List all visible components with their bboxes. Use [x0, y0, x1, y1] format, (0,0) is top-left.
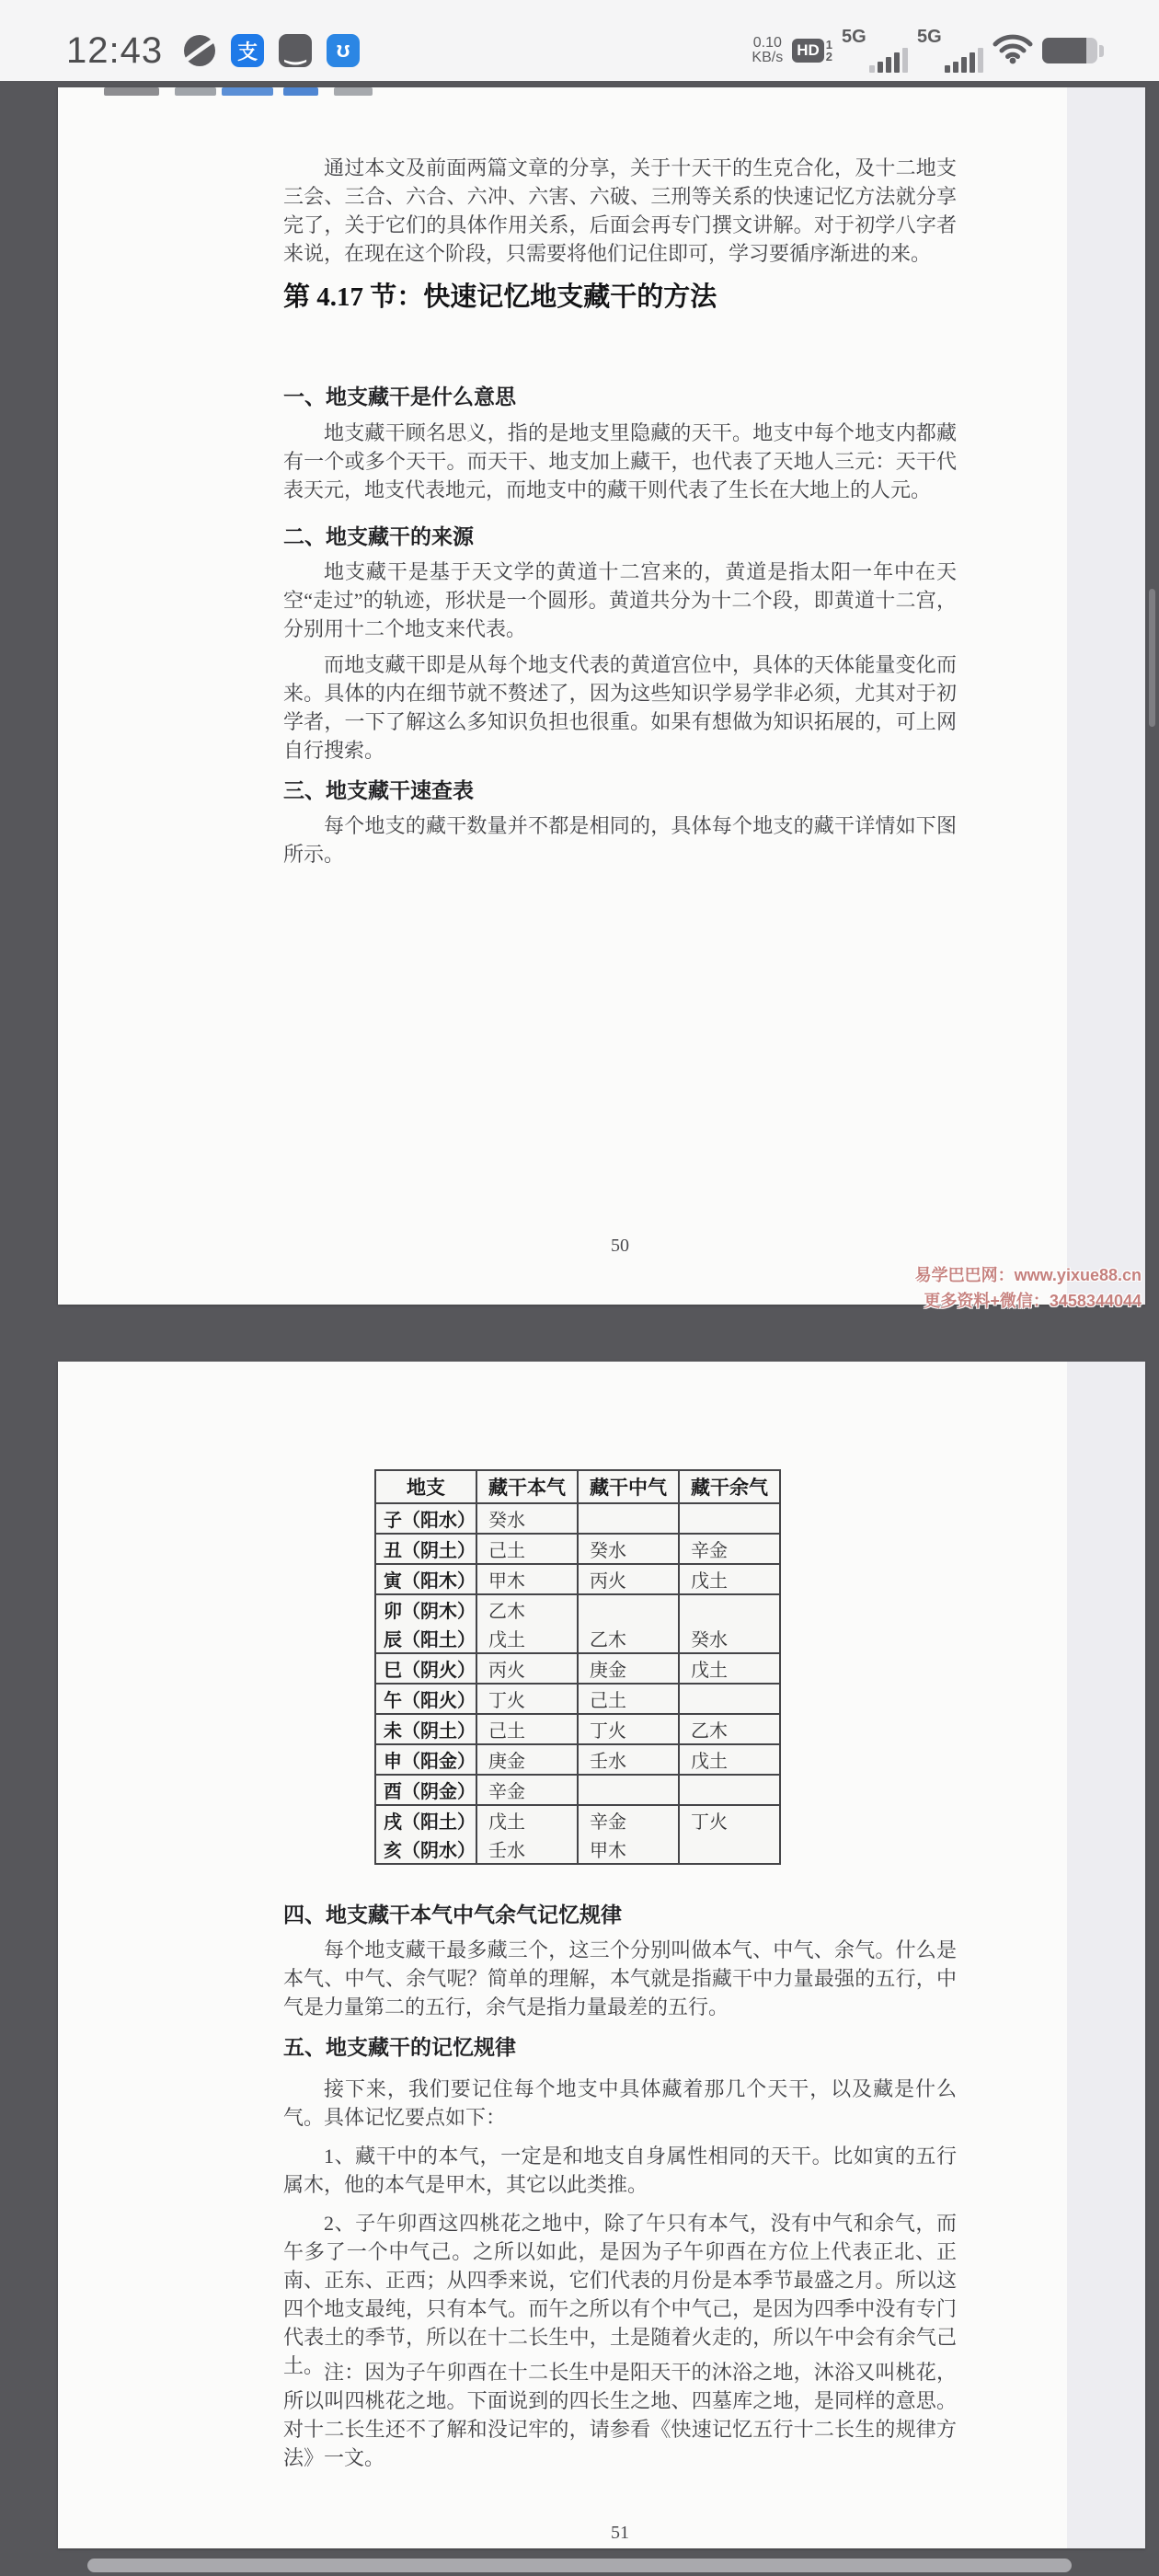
column-header: 藏干本气: [476, 1470, 578, 1503]
intro-paragraph: 通过本文及前面两篇文章的分享，关于十天干的生克合化，及十二地支三会、三合、六合、…: [283, 154, 957, 268]
section-2-heading: 二、地支藏干的来源: [283, 520, 982, 550]
highlight-fragment: [104, 87, 159, 96]
table-row: 亥（阴水）壬水甲木: [375, 1834, 780, 1864]
stem-cell: [679, 1775, 780, 1805]
table-row: 酉（阴金）辛金: [375, 1775, 780, 1805]
stem-cell: 庚金: [476, 1744, 578, 1775]
highlight-fragment: [222, 87, 273, 96]
table-row: 子（阳水）癸水: [375, 1503, 780, 1534]
stem-cell: 乙木: [578, 1624, 679, 1653]
status-bar: 12:43 支 ‿ ʊ 0.10 KB/s HD 1 2 5G: [0, 0, 1159, 81]
stem-cell: 乙木: [679, 1714, 780, 1744]
table-header-row: 地支 藏干本气 藏干中气 藏干余气: [375, 1470, 780, 1503]
table-row: 辰（阳土）戊土乙木癸水: [375, 1624, 780, 1653]
table-row: 卯（阴木）乙木: [375, 1594, 780, 1624]
section-1-heading: 一、地支藏干是什么意思: [283, 380, 982, 410]
column-header: 藏干中气: [578, 1470, 679, 1503]
branch-cell: 戌（阳土）: [375, 1805, 476, 1834]
section-3-heading: 三、地支藏干速查表: [283, 774, 982, 804]
section-2-paragraph: 而地支藏干即是从每个地支代表的黄道宫位中，具体的天体能量变化而来。具体的内在细节…: [283, 650, 957, 765]
stem-cell: 丁火: [679, 1805, 780, 1834]
stem-cell: 辛金: [476, 1775, 578, 1805]
page-number: 51: [283, 2523, 957, 2544]
watermark-wechat: 更多资料+微信：3458344044: [755, 1288, 1142, 1314]
stem-cell: 辛金: [578, 1805, 679, 1834]
stem-cell: 己土: [578, 1684, 679, 1714]
stem-cell: [679, 1503, 780, 1534]
stem-cell: 戊土: [476, 1624, 578, 1653]
section-5-point-1: 1、藏干中的本气，一定是和地支自身属性相同的天干。比如寅的五行属木，他的本气是甲…: [283, 2142, 957, 2199]
network-speed: 0.10 KB/s: [752, 36, 783, 65]
highlight-fragment: [175, 87, 216, 96]
section-5-note: 注：因为子午卯酉在十二长生中是阳天干的沐浴之地，沐浴又叫桃花，所以叫四桃花之地。…: [283, 2358, 957, 2472]
table-row: 申（阳金）庚金壬水戊土: [375, 1744, 780, 1775]
stem-cell: [578, 1775, 679, 1805]
hidden-stems-table-body: 子（阳水）癸水丑（阴土）己土癸水辛金寅（阳木）甲木丙火戊土卯（阴木）乙木辰（阳土…: [375, 1503, 780, 1864]
stem-cell: 戊土: [476, 1805, 578, 1834]
stem-cell: 丁火: [578, 1714, 679, 1744]
scan-edge-tint: [1067, 87, 1145, 1305]
stem-cell: 丙火: [578, 1564, 679, 1594]
stem-cell: [679, 1834, 780, 1864]
stem-cell: 甲木: [476, 1564, 578, 1594]
column-header: 藏干余气: [679, 1470, 780, 1503]
stem-cell: 甲木: [578, 1834, 679, 1864]
smile-app-icon: ‿: [279, 34, 312, 67]
stem-cell: [578, 1594, 679, 1624]
clock: 12:43: [66, 30, 163, 72]
table-row: 丑（阴土）己土癸水辛金: [375, 1534, 780, 1564]
stem-cell: 己土: [476, 1534, 578, 1564]
wifi-icon: [993, 33, 1033, 69]
stem-cell: 辛金: [679, 1534, 780, 1564]
horizontal-scrollbar[interactable]: [87, 2559, 1072, 2572]
section-4-paragraph: 每个地支藏干最多藏三个，这三个分别叫做本气、中气、余气。什么是本气、中气、余气呢…: [283, 1936, 957, 2021]
vertical-scrollbar[interactable]: [1149, 589, 1155, 727]
stem-cell: 壬水: [476, 1834, 578, 1864]
branch-cell: 卯（阴木）: [375, 1594, 476, 1624]
stem-cell: 己土: [476, 1714, 578, 1744]
stem-cell: 戊土: [679, 1653, 780, 1684]
table-row: 寅（阳木）甲木丙火戊土: [375, 1564, 780, 1594]
battery-icon: [1042, 38, 1104, 63]
stem-cell: 癸水: [578, 1534, 679, 1564]
status-indicators: 0.10 KB/s HD 1 2 5G 5G: [752, 27, 1104, 75]
stem-cell: 壬水: [578, 1744, 679, 1775]
stem-cell: 庚金: [578, 1653, 679, 1684]
hidden-stems-table: 地支 藏干本气 藏干中气 藏干余气 子（阳水）癸水丑（阴土）己土癸水辛金寅（阳木…: [374, 1469, 781, 1865]
page-number: 50: [283, 1236, 957, 1257]
stem-cell: 丁火: [476, 1684, 578, 1714]
section-1-paragraph: 地支藏干顾名思义，指的是地支里隐藏的天干。地支中每个地支内都藏有一个或多个天干。…: [283, 419, 957, 504]
sim2-signal-icon: 5G: [917, 27, 983, 75]
table-row: 巳（阴火）丙火庚金戊土: [375, 1653, 780, 1684]
stem-cell: [679, 1594, 780, 1624]
chapter-heading: 第 4.17 节：快速记忆地支藏干的方法: [283, 276, 1038, 314]
section-4-heading: 四、地支藏干本气中气余气记忆规律: [283, 1898, 982, 1928]
stem-cell: 戊土: [679, 1564, 780, 1594]
alipay-icon: 支: [231, 34, 264, 67]
branch-cell: 丑（阴土）: [375, 1534, 476, 1564]
u-app-icon: ʊ: [327, 34, 360, 67]
watermark-site: 易学巴巴网：www.yixue88.cn: [755, 1262, 1142, 1288]
highlight-fragment: [283, 87, 318, 96]
column-header: 地支: [375, 1470, 476, 1503]
volte-hd-icon: HD 1 2: [792, 39, 832, 63]
branch-cell: 巳（阴火）: [375, 1653, 476, 1684]
notification-icons: 支 ‿ ʊ: [183, 34, 360, 67]
stem-cell: 戊土: [679, 1744, 780, 1775]
branch-cell: 子（阳水）: [375, 1503, 476, 1534]
table-row: 午（阳火）丁火己土: [375, 1684, 780, 1714]
document-page-50[interactable]: 通过本文及前面两篇文章的分享，关于十天干的生克合化，及十二地支三会、三合、六合、…: [58, 87, 1145, 1305]
section-5-heading: 五、地支藏干的记忆规律: [283, 2030, 982, 2061]
branch-cell: 辰（阳土）: [375, 1624, 476, 1653]
branch-cell: 亥（阴水）: [375, 1834, 476, 1864]
table-row: 未（阴土）己土丁火乙木: [375, 1714, 780, 1744]
section-2-paragraph: 地支藏干是基于天文学的黄道十二宫来的，黄道是指太阳一年中在天空“走过”的轨迹，形…: [283, 558, 957, 643]
stem-cell: 癸水: [679, 1624, 780, 1653]
branch-cell: 未（阴土）: [375, 1714, 476, 1744]
branch-cell: 酉（阴金）: [375, 1775, 476, 1805]
stem-cell: [578, 1503, 679, 1534]
section-3-paragraph: 每个地支的藏干数量并不都是相同的，具体每个地支的藏干详情如下图所示。: [283, 811, 957, 868]
document-page-51[interactable]: 地支 藏干本气 藏干中气 藏干余气 子（阳水）癸水丑（阴土）己土癸水辛金寅（阳木…: [58, 1362, 1145, 2548]
section-5-paragraph: 接下来，我们要记住每个地支中具体藏着那几个天干，以及藏是什么气。具体记忆要点如下…: [283, 2075, 957, 2132]
stem-cell: 乙木: [476, 1594, 578, 1624]
watermark: 易学巴巴网：www.yixue88.cn 更多资料+微信：3458344044: [755, 1262, 1142, 1314]
branch-cell: 申（阳金）: [375, 1744, 476, 1775]
section-5-point-2: 2、子午卯酉这四桃花之地中，除了午只有本气，没有中气和余气，而午多了一个中气己。…: [283, 2209, 957, 2380]
stem-cell: 癸水: [476, 1503, 578, 1534]
branch-cell: 午（阳火）: [375, 1684, 476, 1714]
branch-cell: 寅（阳木）: [375, 1564, 476, 1594]
stem-cell: [679, 1684, 780, 1714]
browser-icon: [183, 34, 216, 67]
highlight-fragment: [334, 87, 373, 96]
sim1-signal-icon: 5G: [842, 27, 908, 75]
stem-cell: 丙火: [476, 1653, 578, 1684]
scan-edge-tint: [1067, 1362, 1145, 2548]
table-row: 戌（阳土）戊土辛金丁火: [375, 1805, 780, 1834]
